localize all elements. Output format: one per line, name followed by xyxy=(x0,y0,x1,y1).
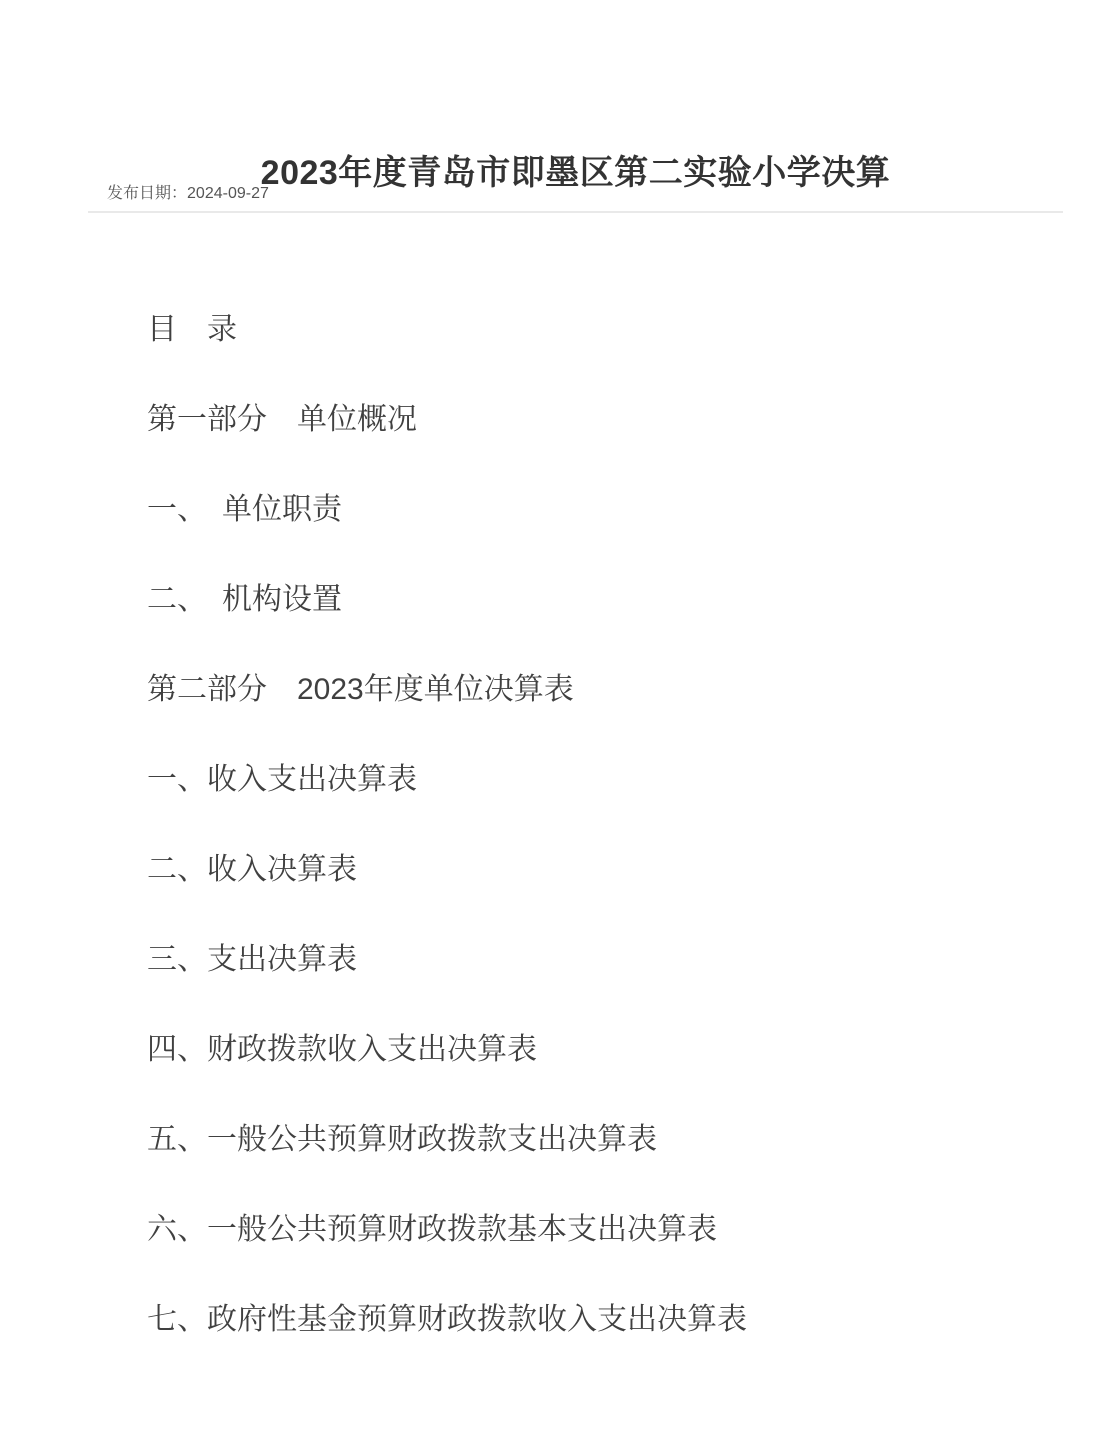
toc-heading: 目 录 xyxy=(147,314,1047,346)
toc-item-part2-2: 二、收入决算表 xyxy=(147,854,1047,886)
publish-date-row: 发布日期：2024-09-27 xyxy=(107,184,269,204)
toc-item-part1: 第一部分 单位概况 xyxy=(147,404,1047,436)
publish-date-value: 2024-09-27 xyxy=(187,185,269,202)
publish-date-label: 发布日期： xyxy=(107,185,187,202)
toc-item-part2-1: 一、收入支出决算表 xyxy=(147,764,1047,796)
toc-item-part2: 第二部分 2023年度单位决算表 xyxy=(147,674,1047,706)
toc-item-part2-3: 三、支出决算表 xyxy=(147,944,1047,976)
table-of-contents: 目 录 第一部分 单位概况 一、 单位职责 二、 机构设置 第二部分 2023年… xyxy=(147,314,1047,1394)
toc-item-part2-7: 七、政府性基金预算财政拨款收入支出决算表 xyxy=(147,1304,1047,1336)
document-article: 2023年度青岛市即墨区第二实验小学决算 发布日期：2024-09-27 目 录… xyxy=(88,0,1063,1430)
toc-item-part1-2: 二、 机构设置 xyxy=(147,584,1047,616)
header-divider xyxy=(88,211,1063,213)
toc-item-part1-1: 一、 单位职责 xyxy=(147,494,1047,526)
toc-item-part2-4: 四、财政拨款收入支出决算表 xyxy=(147,1034,1047,1066)
toc-item-part2-6: 六、一般公共预算财政拨款基本支出决算表 xyxy=(147,1214,1047,1246)
toc-item-part2-5: 五、一般公共预算财政拨款支出决算表 xyxy=(147,1124,1047,1156)
